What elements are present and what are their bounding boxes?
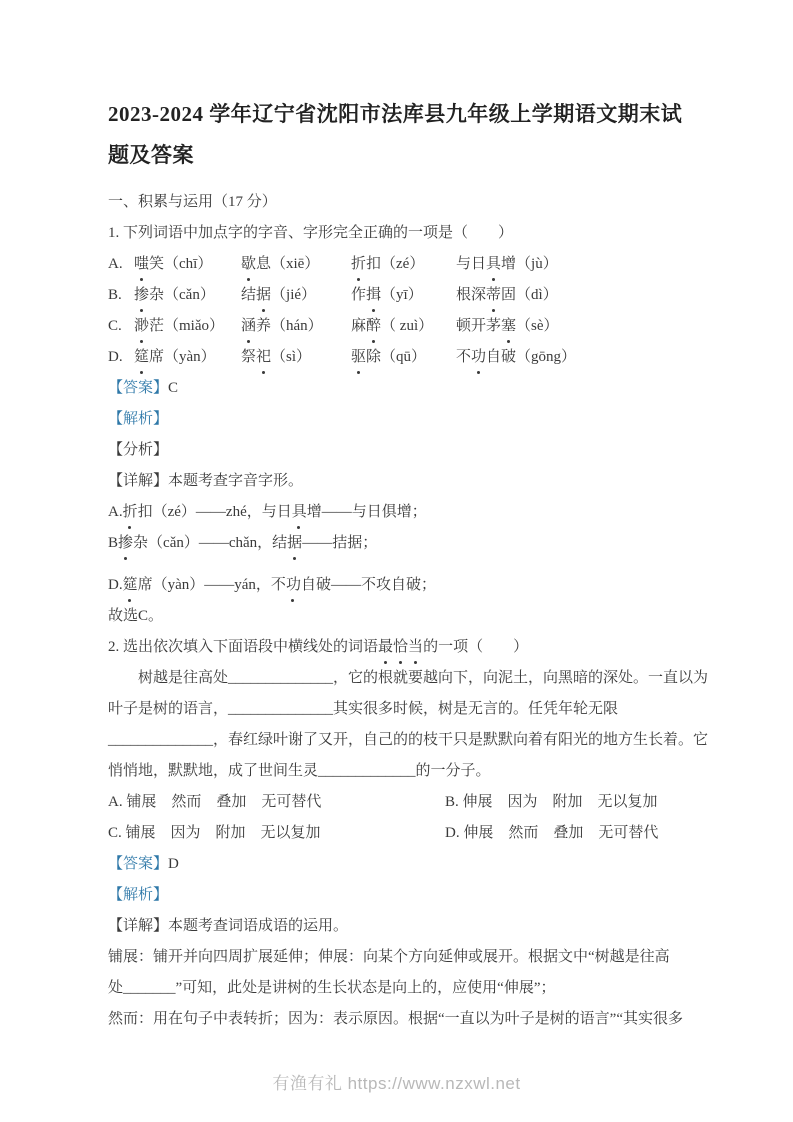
option-word: 折扣（zé） [351,249,456,280]
q1-analysis-line: 【解析】 [108,404,692,435]
option-word: 祭祀（sì） [241,342,351,373]
option-group-a: A. 铺展 然而 叠加 无可替代 [108,787,445,818]
option-word: 歇息（xiē） [241,249,351,280]
analysis-tag: 【解析】 [108,887,168,903]
passage-line: ______________，春红绿叶谢了又开，自己的的枝干只是默默向着有阳光的… [108,725,692,756]
q2-stem: 2. 选出依次填入下面语段中横线处的词语最恰当的一项（ ） [108,632,692,663]
q1-conclusion-line: 故选C。 [108,601,692,632]
option-word: 嗤笑（chī） [134,249,241,280]
document-content: 2023-2024 学年辽宁省沈阳市法库县九年级上学期语文期末试题及答案 一、积… [108,94,692,1035]
q1-answer-line: 【答案】C [108,373,692,404]
option-word: 筵席（yàn） [134,342,241,373]
q1-explain-line-d: D.筵席（yàn）——yán，不功自破——不攻自破； [108,570,692,601]
q2-explain-line: 然而：用在句子中表转折；因为：表示原因。根据“一直以为叶子是树的语言”“其实很多 [108,1004,692,1035]
analysis-tag: 【解析】 [108,411,168,427]
q2-options-row-1: A. 铺展 然而 叠加 无可替代 B. 伸展 因为 附加 无以复加 [108,787,692,818]
section-heading: 一、积累与运用（17 分） [108,187,692,218]
q2-explain-line: 铺展：铺开并向四周扩展延伸；伸展：向某个方向延伸或展开。根据文中“树越是往高 [108,942,692,973]
fenxi-tag: 【分析】 [108,442,168,458]
option-group-b: B. 伸展 因为 附加 无以复加 [445,787,692,818]
q1-option-row-b: B. 掺杂（cǎn） 结据（jié） 作揖（yī） 根深蒂固（dì） [108,280,692,311]
option-group-d: D. 伸展 然而 叠加 无可替代 [445,818,692,849]
detail-tag: 【详解】 [108,473,168,489]
q1-stem: 1. 下列词语中加点字的字音、字形完全正确的一项是（ ） [108,218,692,249]
detail-text: 本题考查字音字形。 [168,473,303,489]
q1-detail-line: 【详解】本题考查字音字形。 [108,466,692,497]
option-word: 根深蒂固（dì） [456,280,692,311]
q2-answer-line: 【答案】D [108,849,692,880]
passage-line: 悄悄地，默默地，成了世间生灵_____________的一分子。 [108,756,692,787]
option-word: 结据（jié） [241,280,351,311]
q1-option-row-a: A. 嗤笑（chī） 歇息（xiē） 折扣（zé） 与日具增（jù） [108,249,692,280]
q1-option-row-d: D. 筵席（yàn） 祭祀（sì） 驱除（qū） 不功自破（gōng） [108,342,692,373]
option-word: 渺茫（miǎo） [134,311,241,342]
answer-tag: 【答案】 [108,856,168,872]
exam-document-page: 2023-2024 学年辽宁省沈阳市法库县九年级上学期语文期末试题及答案 一、积… [0,0,793,1122]
detail-tag: 【详解】 [108,918,168,934]
q2-analysis-line: 【解析】 [108,880,692,911]
option-label: A. [108,249,134,280]
passage-line: 树越是往高处______________，它的根就要越向下，向泥土，向黑暗的深处… [108,663,692,694]
footer-text: 有渔有礼 https://www.nzxwl.net [272,1074,520,1093]
footer: 有渔有礼 https://www.nzxwl.net [0,1069,793,1094]
q1-explain-line-b: B掺杂（cǎn）——chǎn，结据——拮据； [108,528,692,559]
answer-tag: 【答案】 [108,380,168,396]
q1-fenxi-line: 【分析】 [108,435,692,466]
option-group-c: C. 铺展 因为 附加 无以复加 [108,818,445,849]
page-title: 2023-2024 学年辽宁省沈阳市法库县九年级上学期语文期末试题及答案 [108,94,686,176]
option-label: D. [108,342,134,373]
option-word: 作揖（yī） [351,280,456,311]
option-word: 掺杂（cǎn） [134,280,241,311]
option-word: 不功自破（gōng） [456,342,692,373]
option-word: 涵养（hán） [241,311,351,342]
option-word: 顿开茅塞（sè） [456,311,692,342]
passage-line: 叶子是树的语言，______________其实很多时候，树是无言的。任凭年轮无… [108,694,692,725]
q1-option-row-c: C. 渺茫（miǎo） 涵养（hán） 麻醉（ zuì） 顿开茅塞（sè） [108,311,692,342]
option-label: B. [108,280,134,311]
option-label: C. [108,311,134,342]
option-word: 驱除（qū） [351,342,456,373]
answer-value: C [168,380,178,396]
q1-explain-line-a: A.折扣（zé）——zhé，与日具增——与日俱增； [108,497,692,528]
q2-detail-line: 【详解】本题考查词语成语的运用。 [108,911,692,942]
answer-value: D [168,856,179,872]
q2-options-row-2: C. 铺展 因为 附加 无以复加 D. 伸展 然而 叠加 无可替代 [108,818,692,849]
q2-explain-line: 处_______”可知，此处是讲树的生长状态是向上的，应使用“伸展”； [108,973,692,1004]
option-word: 麻醉（ zuì） [351,311,456,342]
option-word: 与日具增（jù） [456,249,692,280]
detail-text: 本题考查词语成语的运用。 [168,918,348,934]
